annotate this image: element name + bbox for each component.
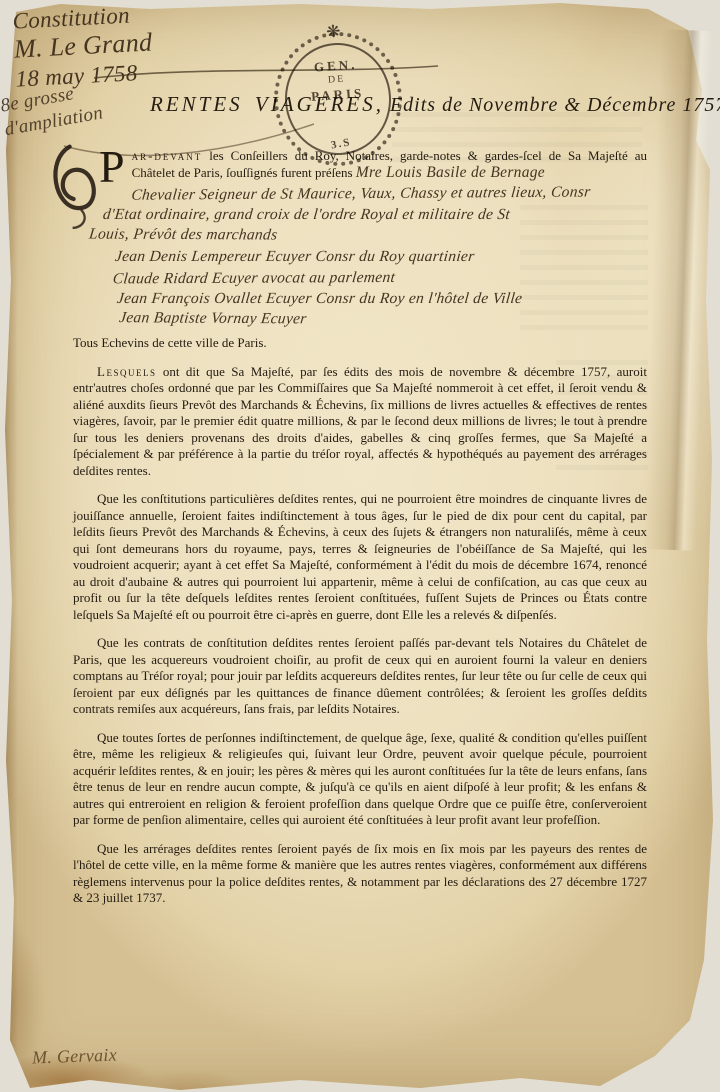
drop-cap: P — [99, 150, 125, 184]
document-photo: Constitution M. Le Grand 18 may 1758 8e … — [0, 0, 720, 1092]
stamp-rosette-icon: ❋ — [326, 22, 342, 43]
stamp-text: GEN. DE PARIS — [269, 53, 404, 107]
registry-note: Constitution M. Le Grand 18 may 1758 — [12, 0, 155, 92]
echevins-line: Tous Echevins de cette ville de Paris. — [73, 335, 647, 352]
handwritten-name: Jean Baptiste Vornay Ecuyer — [118, 307, 648, 332]
handwritten-parties: Chevalier Seigneur de St Maurice, Vaux, … — [73, 183, 647, 330]
paragraph-text: ont dit que Sa Majeſté, par ſes édits de… — [73, 364, 647, 478]
title-date: Edits de Novembre & Décembre 1757. — [384, 94, 720, 116]
paragraph-text: Que les arrérages deſdites rentes ſeroie… — [73, 841, 647, 906]
body-paragraph: Lesquels ont dit que Sa Majeſté, par ſes… — [73, 364, 647, 480]
document-title: RENTES VIAGERES, Edits de Novembre & Déc… — [150, 92, 670, 117]
paragraph-text: Que les conſtitutions particulières deſd… — [73, 491, 647, 622]
handwritten-name: Chevalier Seigneur de St Maurice, Vaux, … — [106, 181, 648, 206]
handwritten-name: Mre Louis Basile de Bernage — [356, 164, 545, 181]
tax-stamp: ❋ GEN. DE PARIS 3.S — [267, 26, 408, 173]
paragraph-lead: Lesquels — [97, 364, 156, 379]
handwritten-name: Jean Denis Lempereur Ecuyer Consr du Roy… — [114, 246, 648, 267]
body-paragraph: Que les arrérages deſdites rentes ſeroie… — [73, 841, 647, 907]
handwritten-name: Louis, Prévôt des marchands — [88, 224, 648, 248]
document-body: Par-devant les Conſeillers du Roy, Notai… — [73, 148, 647, 907]
signature-note: M. Gervaix — [32, 1045, 118, 1069]
paragraph-text: Que les contrats de conſtitution deſdite… — [73, 635, 647, 716]
paragraph-text: Que toutes ſortes de perſonnes indiſtinc… — [73, 730, 647, 828]
body-paragraph: Que les conſtitutions particulières deſd… — [73, 491, 647, 623]
handwritten-name: Claude Ridard Ecuyer avocat au parlement — [112, 266, 648, 290]
body-paragraph: Que les contrats de conſtitution deſdite… — [73, 635, 647, 718]
handwritten-name: d'Etat ordinaire, grand croix de l'ordre… — [102, 204, 648, 225]
handwritten-name: Jean François Ovallet Ecuyer Consr du Ro… — [116, 288, 648, 309]
body-paragraph: Que toutes ſortes de perſonnes indiſtinc… — [73, 730, 647, 829]
opening-lead: ar-devant — [132, 148, 203, 163]
